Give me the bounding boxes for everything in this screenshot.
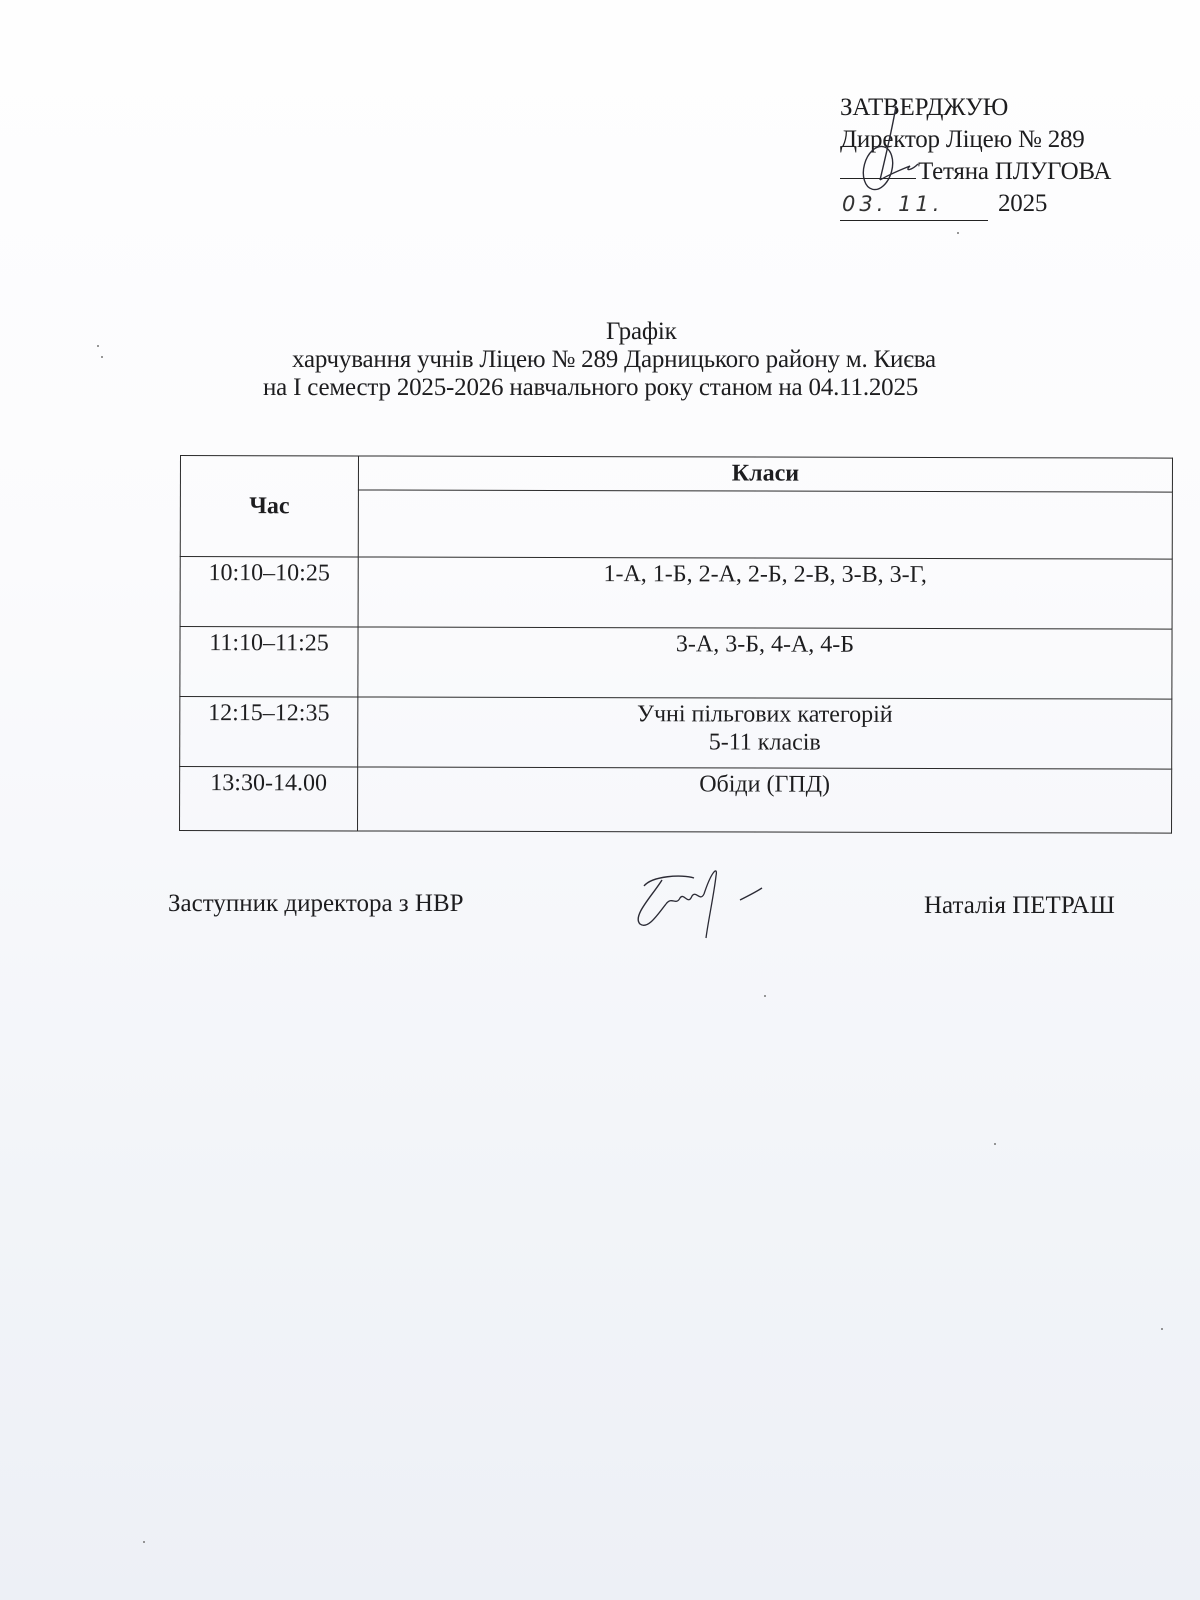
classes-line: 3-А, 3-Б, 4-А, 4-Б [358, 629, 1171, 659]
scan-speck [143, 1541, 145, 1543]
time-cell: 12:15–12:35 [180, 697, 358, 767]
title-line-3: на І семестр 2025-2026 навчального року … [263, 374, 918, 402]
meal-schedule-table: Час Класи 10:10–10:251-А, 1-Б, 2-А, 2-Б,… [179, 455, 1173, 834]
approval-signer: Тетяна ПЛУГОВА [918, 158, 1111, 185]
approval-year: 2025 [998, 190, 1047, 217]
table-header-row: Час Класи [180, 456, 1172, 493]
classes-line: Учні пільгових категорій [358, 699, 1171, 729]
time-cell: 11:10–11:25 [180, 627, 358, 697]
scan-speck [957, 232, 959, 234]
signoff-role: Заступник директора з НВР [168, 890, 464, 918]
time-cell: 13:30-14.00 [180, 767, 358, 831]
classes-line: 1-А, 1-Б, 2-А, 2-Б, 2-В, 3-В, 3-Г, [359, 559, 1172, 589]
header-classes: Класи [358, 456, 1172, 492]
classes-cell: 3-А, 3-Б, 4-А, 4-Б [358, 627, 1172, 699]
classes-cell: Обіди (ГПД) [358, 767, 1172, 833]
scan-speck [764, 995, 766, 997]
table-row: 12:15–12:35Учні пільгових категорій5-11 … [180, 697, 1172, 770]
classes-cell: Учні пільгових категорій5-11 класів [358, 697, 1172, 769]
classes-cell: 1-А, 1-Б, 2-А, 2-Б, 2-В, 3-В, 3-Г, [358, 557, 1172, 629]
scan-speck [1161, 1328, 1163, 1330]
header-time: Час [180, 456, 358, 557]
deputy-signature-icon [622, 866, 782, 946]
header-classes-subcell [358, 490, 1172, 559]
time-cell: 10:10–10:25 [180, 557, 358, 627]
classes-line: Обіди (ГПД) [358, 769, 1171, 799]
scan-speck [994, 1143, 996, 1145]
classes-line: 5-11 класів [358, 727, 1171, 757]
signoff-name: Наталія ПЕТРАШ [924, 892, 1115, 920]
title-line-1: Графік [606, 318, 677, 346]
scan-speck [101, 356, 103, 358]
table-row: 11:10–11:253-А, 3-Б, 4-А, 4-Б [180, 627, 1172, 700]
scan-speck [97, 345, 99, 347]
table-row: 10:10–10:251-А, 1-Б, 2-А, 2-Б, 2-В, 3-В,… [180, 557, 1172, 630]
title-line-2: харчування учнів Ліцею № 289 Дарницького… [292, 346, 936, 374]
director-signature-icon [852, 100, 942, 200]
table-row: 13:30-14.00Обіди (ГПД) [180, 767, 1172, 834]
